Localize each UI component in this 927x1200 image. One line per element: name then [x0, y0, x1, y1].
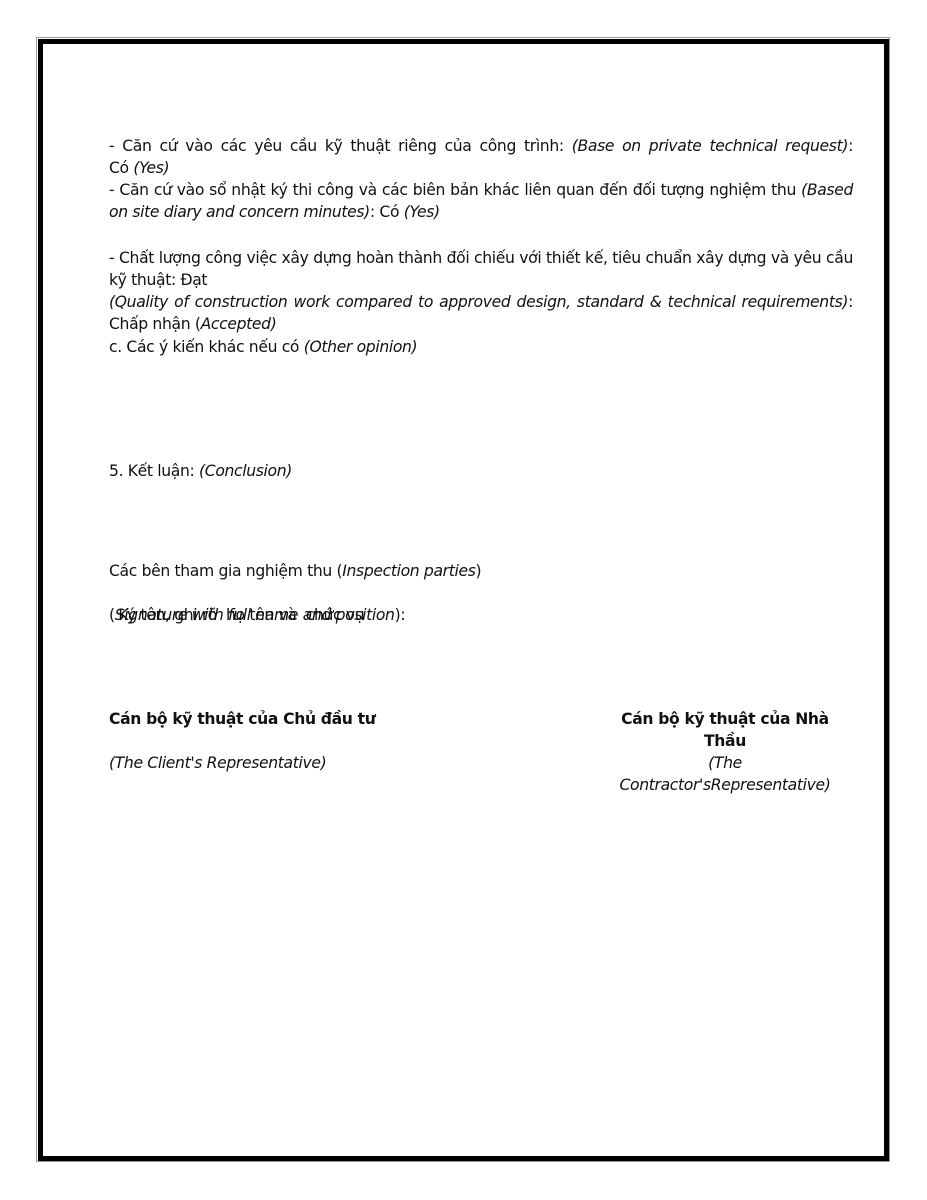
requirement-technical-line: - Căn cứ vào các yêu cầu kỹ thuật riêng … [109, 135, 853, 157]
paren-close: ) [476, 562, 482, 580]
quality-vi: - Chất lượng công việc xây dựng hoàn thà… [109, 249, 853, 289]
quality-en-paragraph: (Quality of construction work compared t… [109, 291, 853, 335]
contractor-title-vi-line1: Cán bộ kỹ thuật của Nhà [600, 708, 850, 730]
inspection-parties-line: Các bên tham gia nghiệm thu (Inspection … [109, 560, 853, 582]
requirement-technical-vi: - Căn cứ vào các yêu cầu kỹ thuật riêng … [109, 137, 564, 155]
accepted-vi: Chấp nhận ( [109, 315, 201, 333]
answer-vi: Có [109, 159, 129, 177]
quality-en: (Quality of construction work compared t… [109, 293, 848, 311]
contractor-title-vi-line2: Thầu [600, 730, 850, 752]
other-opinion-vi: c. Các ý kiến khác nếu có [109, 338, 299, 356]
colon: : [848, 293, 853, 311]
contractor-title-en-line2: Contractor'sRepresentative) [600, 774, 850, 796]
signature-instruction-en-text: Signature with full name and position [115, 606, 395, 624]
conclusion-en: (Conclusion) [199, 462, 292, 480]
answer-en: (Yes) [133, 159, 169, 177]
site-diary-paragraph: - Căn cứ vào sổ nhật ký thi công và các … [109, 179, 853, 223]
site-diary-vi: - Căn cứ vào sổ nhật ký thi công và các … [109, 181, 796, 199]
other-opinion-line: c. Các ý kiến khác nếu có (Other opinion… [109, 336, 853, 358]
answer-en: (Yes) [404, 203, 440, 221]
accepted-en: Accepted) [201, 315, 277, 333]
quality-paragraph: - Chất lượng công việc xây dựng hoàn thà… [109, 247, 853, 291]
inspection-parties-en: Inspection parties [342, 562, 475, 580]
requirement-technical-answer: Có (Yes) [109, 157, 853, 179]
contractor-title-en-line1: (The [600, 752, 850, 774]
colon: : [370, 203, 375, 221]
inspection-parties-vi: Các bên tham gia nghiệm thu ( [109, 562, 342, 580]
signature-instruction-en: (Signature with full name and position): [109, 604, 853, 626]
client-signature-block: Cán bộ kỹ thuật của Chủ đầu tư (The Clie… [109, 708, 429, 774]
contractor-signature-block: Cán bộ kỹ thuật của Nhà Thầu (The Contra… [600, 708, 850, 796]
answer-vi: Có [379, 203, 399, 221]
colon: : [848, 137, 853, 155]
client-title-en: (The Client's Representative) [109, 752, 429, 774]
paren-close-colon: ): [395, 606, 406, 624]
conclusion-heading: 5. Kết luận: (Conclusion) [109, 460, 853, 482]
client-title-vi: Cán bộ kỹ thuật của Chủ đầu tư [109, 708, 429, 730]
other-opinion-en: (Other opinion) [304, 338, 418, 356]
requirement-technical-en: (Base on private technical request) [572, 137, 848, 155]
conclusion-vi: 5. Kết luận: [109, 462, 194, 480]
